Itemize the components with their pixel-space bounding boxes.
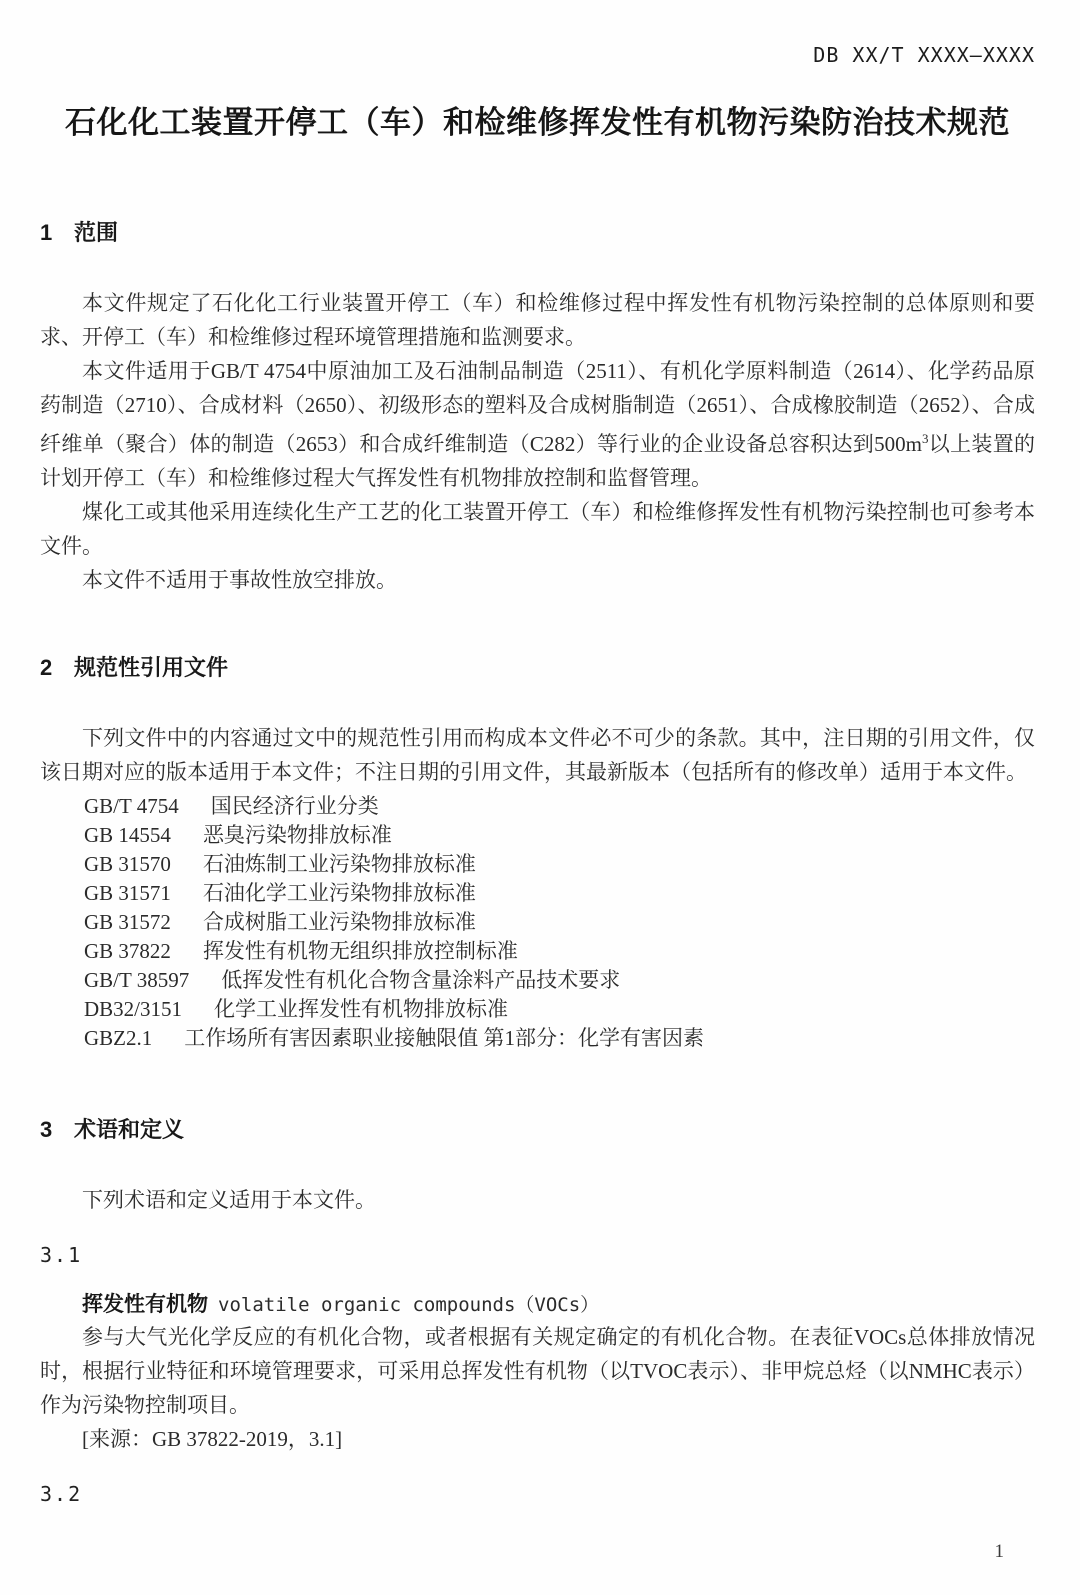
- reference-title: 石油化学工业污染物排放标准: [203, 881, 476, 905]
- section-1-number: 1: [40, 218, 74, 248]
- section-1-title: 范围: [74, 220, 118, 245]
- section-1-paragraph-4: 本文件不适用于事故性放空排放。: [40, 563, 1035, 597]
- reference-item: GB 31572合成树脂工业污染物排放标准: [84, 908, 1035, 937]
- reference-code: GB 37822: [84, 939, 171, 963]
- reference-code: GB 31571: [84, 881, 171, 905]
- reference-item: GB 31570石油炼制工业污染物排放标准: [84, 850, 1035, 879]
- page-number: 1: [995, 1541, 1005, 1563]
- reference-item: GB 31571石油化学工业污染物排放标准: [84, 879, 1035, 908]
- reference-code: GB 14554: [84, 823, 171, 847]
- reference-code: GB 31572: [84, 910, 171, 934]
- term-3-1-definition: 参与大气光化学反应的有机化合物，或者根据有关规定确定的有机化合物。在表征VOCs…: [40, 1320, 1035, 1422]
- term-3-2-number: 3.2: [40, 1481, 1035, 1507]
- reference-title: 挥发性有机物无组织排放控制标准: [203, 939, 518, 963]
- section-1-heading: 1范围: [40, 218, 1035, 248]
- section-3-title: 术语和定义: [74, 1117, 184, 1142]
- reference-title: 国民经济行业分类: [211, 794, 379, 818]
- reference-title: 石油炼制工业污染物排放标准: [203, 852, 476, 876]
- reference-code: GB/T 4754: [84, 794, 179, 818]
- reference-item: DB32/3151化学工业挥发性有机物排放标准: [84, 995, 1035, 1024]
- term-3-1-line: 挥发性有机物volatile organic compounds（VOCs）: [82, 1289, 1035, 1320]
- section-1-paragraph-3: 煤化工或其他采用连续化生产工艺的化工装置开停工（车）和检维修挥发性有机物污染控制…: [40, 495, 1035, 563]
- reference-code: DB32/3151: [84, 997, 182, 1021]
- document-page: DB XX/T XXXX—XXXX 石化化工装置开停工（车）和检维修挥发性有机物…: [0, 0, 1080, 1595]
- reference-title: 化学工业挥发性有机物排放标准: [214, 997, 508, 1021]
- document-title: 石化化工装置开停工（车）和检维修挥发性有机物污染防治技术规范: [40, 102, 1035, 144]
- section-2-number: 2: [40, 653, 74, 683]
- reference-item: GB/T 4754国民经济行业分类: [84, 792, 1035, 821]
- paragraph-text: 本文件适用于GB/T 4754中原油加工及石油制品制造（2511）、有机化学原料…: [40, 359, 1035, 456]
- reference-code: GB/T 38597: [84, 968, 189, 992]
- term-3-1-number: 3.1: [40, 1242, 1035, 1268]
- section-1-paragraph-2: 本文件适用于GB/T 4754中原油加工及石油制品制造（2511）、有机化学原料…: [40, 354, 1035, 495]
- section-3-intro: 下列术语和定义适用于本文件。: [40, 1183, 1035, 1217]
- reference-code: GBZ2.1: [84, 1026, 152, 1050]
- section-2-heading: 2规范性引用文件: [40, 653, 1035, 683]
- term-3-1-source: [来源：GB 37822-2019，3.1]: [82, 1422, 1035, 1456]
- reference-item: GB/T 38597低挥发性有机化合物含量涂料产品技术要求: [84, 966, 1035, 995]
- section-2-paragraph-1: 下列文件中的内容通过文中的规范性引用而构成本文件必不可少的条款。其中，注日期的引…: [40, 721, 1035, 789]
- section-3-heading: 3术语和定义: [40, 1115, 1035, 1145]
- reference-item: GB 14554恶臭污染物排放标准: [84, 821, 1035, 850]
- reference-item: GBZ2.1工作场所有害因素职业接触限值 第1部分：化学有害因素: [84, 1024, 1035, 1053]
- document-code: DB XX/T XXXX—XXXX: [40, 44, 1035, 66]
- section-3-number: 3: [40, 1115, 74, 1145]
- reference-code: GB 31570: [84, 852, 171, 876]
- reference-title: 合成树脂工业污染物排放标准: [203, 910, 476, 934]
- section-1-paragraph-1: 本文件规定了石化化工行业装置开停工（车）和检维修过程中挥发性有机物污染控制的总体…: [40, 286, 1035, 354]
- term-3-1-english: volatile organic compounds（VOCs）: [218, 1294, 599, 1316]
- reference-title: 工作场所有害因素职业接触限值 第1部分：化学有害因素: [184, 1026, 704, 1050]
- reference-title: 低挥发性有机化合物含量涂料产品技术要求: [221, 968, 620, 992]
- normative-references-list: GB/T 4754国民经济行业分类 GB 14554恶臭污染物排放标准 GB 3…: [84, 792, 1035, 1053]
- reference-title: 恶臭污染物排放标准: [203, 823, 392, 847]
- term-3-1-chinese: 挥发性有机物: [82, 1293, 208, 1316]
- reference-item: GB 37822挥发性有机物无组织排放控制标准: [84, 937, 1035, 966]
- section-2-title: 规范性引用文件: [74, 655, 228, 680]
